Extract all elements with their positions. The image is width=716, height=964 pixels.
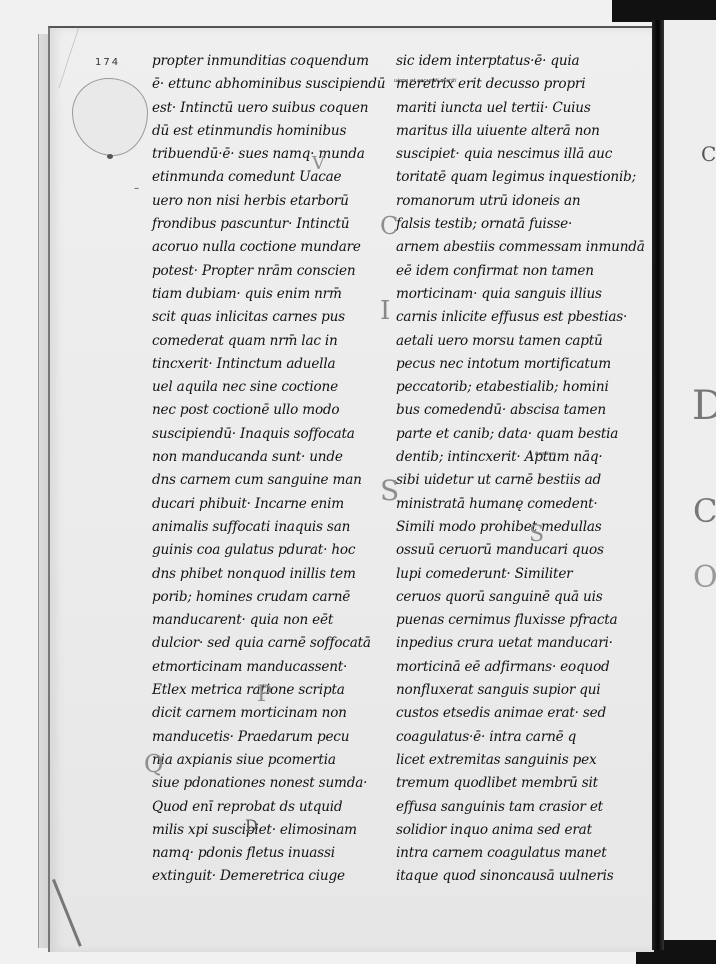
faded-initial-p: P [257, 682, 272, 707]
text-line: acoruo nulla coctione mundare [152, 236, 377, 259]
text-line: tiam dubiam· quis enim nrm̄ [152, 283, 377, 306]
faded-initial-s: S [380, 474, 399, 507]
text-line: nonfluxerat sanguis supior qui [396, 679, 646, 702]
text-line: sic idem interptatus·ē· quia [396, 50, 646, 73]
text-line: ducari phibuit· Incarne enim [152, 493, 377, 516]
text-line: parte et canib; data· quam bestia [396, 423, 646, 446]
text-line: comederat quam nrm̄ lac in [152, 330, 377, 353]
text-line: animalis suffocati inaquis san [152, 516, 377, 539]
text-line: guinis coa gulatus pdurat· hoc [152, 539, 377, 562]
text-line: tincxerit· Intinctum aduella [152, 353, 377, 376]
text-line: bus comedendū· abscisa tamen [396, 399, 646, 422]
text-line: etinmunda comedunt Uacae [152, 166, 377, 189]
interlinear-gloss: uirgo et secundi mariti [394, 78, 456, 84]
text-line: suscipiendū· Inaquis soffocata [152, 423, 377, 446]
text-line: romanorum utrū idoneis an [396, 190, 646, 213]
text-line: dns carnem cum sanguine man [152, 469, 377, 492]
facing-page-initial-o: O [693, 560, 716, 595]
text-line: effusa sanguinis tam crasior et [396, 796, 646, 819]
text-line: puenas cernimus fluxisse pfracta [396, 609, 646, 632]
text-line: pecus nec intotum mortificatum [396, 353, 646, 376]
faded-initial-v: V [312, 153, 325, 174]
text-line: inpedius crura uetat manducari· [396, 632, 646, 655]
book-gutter [652, 20, 664, 950]
faded-initial-i: I [380, 296, 390, 326]
text-line: peccatorib; etabestialib; homini [396, 376, 646, 399]
text-line: dū est etinmundis hominibus [152, 120, 377, 143]
text-line: manducarent· quia non eēt [152, 609, 377, 632]
scan-background-top-right [612, 0, 716, 22]
text-line: Simili modo prohibet medullas [396, 516, 646, 539]
text-line: Quod enī reprobat ds utquid [152, 796, 377, 819]
text-line: propter inmunditias coquendum [152, 50, 377, 73]
text-line: etmorticinam manducassent· [152, 656, 377, 679]
text-line: intra carnem coagulatus manet [396, 842, 646, 865]
text-line: aetali uero morsu tamen captū [396, 330, 646, 353]
faded-initial-d: D [245, 816, 258, 835]
text-line: sibi uidetur ut carnē bestiis ad [396, 469, 646, 492]
text-line: siue pdonationes nonest sumda· [152, 772, 377, 795]
text-line: suscipiet· quia nescimus illā auc [396, 143, 646, 166]
text-line: namq· pdonis fletus inuassi [152, 842, 377, 865]
text-line: scit quas inlicitas carnes pus [152, 306, 377, 329]
text-line: morticinam· quia sanguis illius [396, 283, 646, 306]
text-line: morticinā eē adfirmans· eoquod [396, 656, 646, 679]
text-line: nia axpianis siue pcomertia [152, 749, 377, 772]
left-text-column: propter inmunditias coquendum ē· ettunc … [152, 50, 377, 889]
text-line: frondibus pascuntur· Intinctū [152, 213, 377, 236]
text-line: dns phibet nonquod inillis tem [152, 563, 377, 586]
faded-initial-s: S [529, 522, 544, 547]
text-line: est· Intinctū uero suibus coquen [152, 97, 377, 120]
text-line: manducetis· Praedarum pecu [152, 726, 377, 749]
text-line: custos etsedis animae erat· sed [396, 702, 646, 725]
text-line: dulcior· sed quia carnē soffocatā [152, 632, 377, 655]
text-line: nec post coctionē ullo modo [152, 399, 377, 422]
text-line: mariti iuncta uel tertii· Cuius [396, 97, 646, 120]
text-line: ministratā humanę comedent· [396, 493, 646, 516]
text-line: tribuendū·ē· sues namq· munda [152, 143, 377, 166]
text-line: ceruos quorū sanguinē quā uis [396, 586, 646, 609]
text-line: lupi comederunt· Similiter [396, 563, 646, 586]
text-line: solidior inquo anima sed erat [396, 819, 646, 842]
faded-initial-c: C [380, 212, 398, 240]
text-line: porib; homines crudam carnē [152, 586, 377, 609]
facing-page-initial-d: D [692, 383, 716, 429]
text-line: ē· ettunc abhominibus suscipiendū [152, 73, 377, 96]
text-line: arnem abestiis commessam inmundā [396, 236, 646, 259]
text-line: uero non nisi herbis etarborū [152, 190, 377, 213]
text-line: non manducanda sunt· unde [152, 446, 377, 469]
folio-number: 174 [95, 57, 120, 68]
text-line: potest· Propter nrām conscien [152, 260, 377, 283]
margin-dash-mark: – [134, 183, 139, 194]
text-line: extinguit· Demeretrica ciuge [152, 865, 377, 888]
text-line: coagulatus·ē· intra carnē q [396, 726, 646, 749]
interlinear-gloss: bestiae [535, 451, 555, 457]
text-line: milis xpi suscipiet· elimosinam [152, 819, 377, 842]
text-line: meretrix erit decusso propri [396, 73, 646, 96]
text-line: itaque quod sinoncausā uulneris [396, 865, 646, 888]
text-line: eē idem confirmat non tamen [396, 260, 646, 283]
facing-page-initial-c: C [693, 492, 716, 530]
faded-initial-q: Q [144, 750, 164, 778]
text-line: falsis testib; ornatā fuisse· [396, 213, 646, 236]
text-line: maritus illa uiuente alterā non [396, 120, 646, 143]
right-text-column: sic idem interptatus·ē· quia meretrix er… [396, 50, 646, 889]
text-line: toritatē quam legimus inquestionib; [396, 166, 646, 189]
text-line: carnis inlicite effusus est pbestias· [396, 306, 646, 329]
facing-page-initial-c: C [701, 142, 716, 166]
text-line: ossuū ceruorū manducari quos [396, 539, 646, 562]
text-line: dentib; intincxerit· Aptum nāq· [396, 446, 646, 469]
text-line: uel aquila nec sine coctione [152, 376, 377, 399]
text-line: tremum quodlibet membrū sit [396, 772, 646, 795]
text-line: licet extremitas sanguinis pex [396, 749, 646, 772]
